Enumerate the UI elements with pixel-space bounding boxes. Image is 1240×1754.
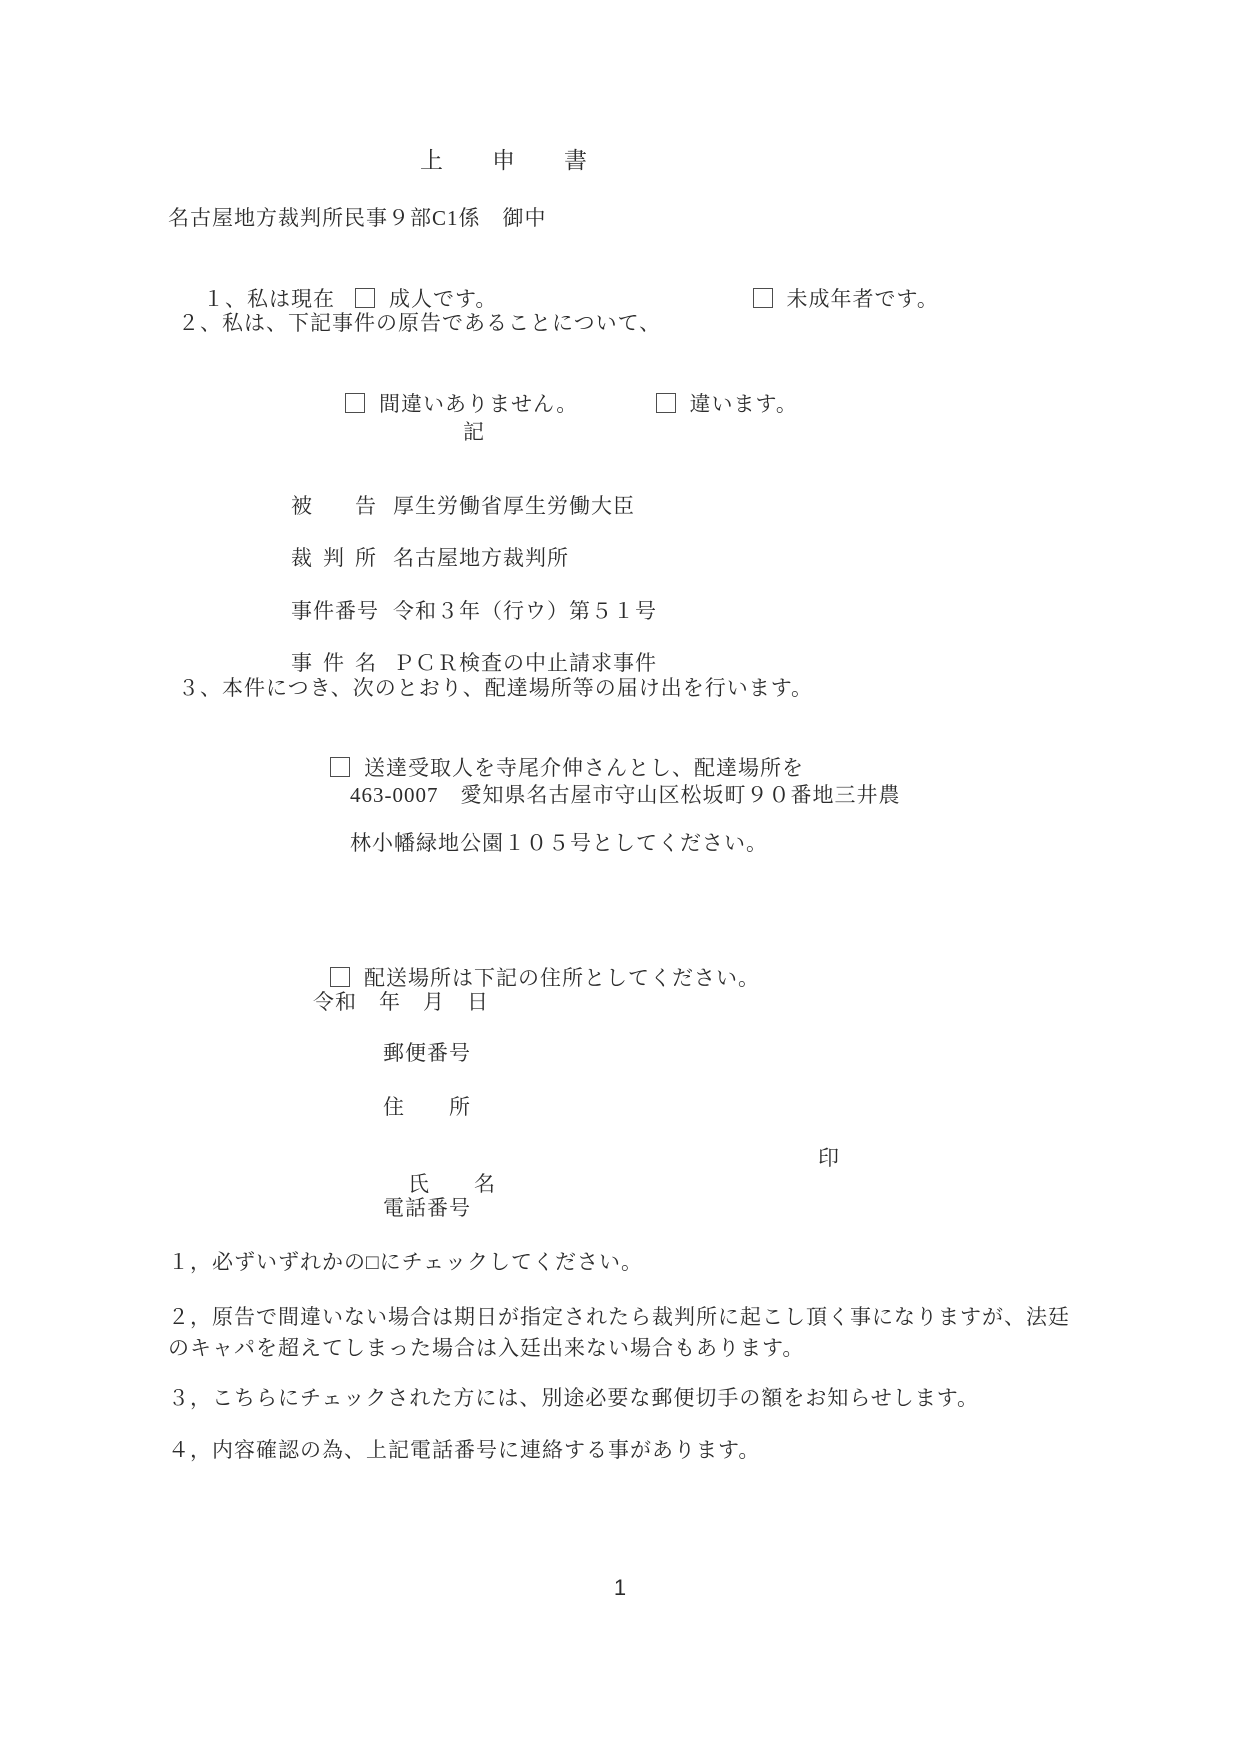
record-label: 事件名	[291, 650, 377, 676]
phone-label: 電話番号	[383, 1195, 471, 1221]
date-line: 令和 年 月 日	[313, 989, 489, 1015]
record-value: 名古屋地方裁判所	[393, 546, 569, 570]
seal-label: 印	[818, 1145, 840, 1171]
checkbox-correct[interactable]	[345, 393, 365, 413]
page-title: 上 申 書	[420, 148, 588, 174]
checkbox-different[interactable]	[656, 393, 676, 413]
option-correct-label: 間違いありません。	[379, 392, 578, 416]
question-1-label: １、私は現在	[203, 287, 335, 311]
record-value: 厚生労働省厚生労働大臣	[393, 494, 635, 518]
delivery-address-line-1: 463-0007 愛知県名古屋市守山区松坂町９０番地三井農	[350, 782, 901, 808]
page-number: 1	[0, 1575, 1240, 1601]
postal-code-label: 郵便番号	[383, 1040, 471, 1066]
note-3: ３，こちらにチェックされた方には、別途必要な郵便切手の額をお知らせします。	[168, 1385, 979, 1411]
option-delivery-recipient-label: 送達受取人を寺尾介伸さんとし、配達場所を	[364, 756, 804, 780]
ki-heading: 記	[463, 419, 485, 445]
question-2-label: ２、私は、下記事件の原告であることについて、	[178, 310, 661, 336]
option-different-label: 違います。	[690, 392, 798, 416]
record-label: 被告	[291, 493, 377, 519]
record-label: 事件番号	[291, 598, 377, 624]
note-1: １，必ずいずれかの□にチェックしてください。	[168, 1249, 643, 1275]
option-different: 違います。	[618, 365, 798, 443]
option-adult-label: 成人です。	[389, 287, 497, 311]
option-minor-label: 未成年者です。	[787, 287, 939, 311]
note-2-line-1: ２，原告で間違いない場合は期日が指定されたら裁判所に起こし頂く事になりますが、法…	[168, 1304, 1070, 1330]
delivery-address-line-2: 林小幡緑地公園１０５号としてください。	[350, 830, 768, 856]
record-value: 令和３年（行ウ）第５１号	[393, 599, 657, 623]
checkbox-adult[interactable]	[355, 288, 375, 308]
checkbox-delivery-address[interactable]	[330, 967, 350, 987]
question-3-label: ３、本件につき、次のとおり、配達場所等の届け出を行います。	[178, 675, 813, 701]
address-label: 住 所	[383, 1094, 471, 1120]
record-value: ＰＣＲ検査の中止請求事件	[393, 651, 657, 675]
note-4: ４，内容確認の為、上記電話番号に連絡する事があります。	[168, 1437, 760, 1463]
addressee-line: 名古屋地方裁判所民事９部C1係 御中	[168, 205, 547, 231]
note-2-line-2: のキャパを超えてしまった場合は入廷出来ない場合もあります。	[168, 1335, 804, 1361]
option-minor: 未成年者です。	[715, 260, 939, 338]
checkbox-minor[interactable]	[753, 288, 773, 308]
option-delivery-address-label: 配送場所は下記の住所としてください。	[364, 966, 760, 990]
record-label: 裁判所	[291, 545, 377, 571]
checkbox-delivery-recipient[interactable]	[330, 757, 350, 777]
document-page: 上 申 書 名古屋地方裁判所民事９部C1係 御中 １、私は現在成人です。 未成年…	[0, 0, 1240, 1754]
question-2-options: 間違いありません。 違います。	[320, 365, 578, 469]
name-label: 氏 名	[408, 1172, 496, 1196]
